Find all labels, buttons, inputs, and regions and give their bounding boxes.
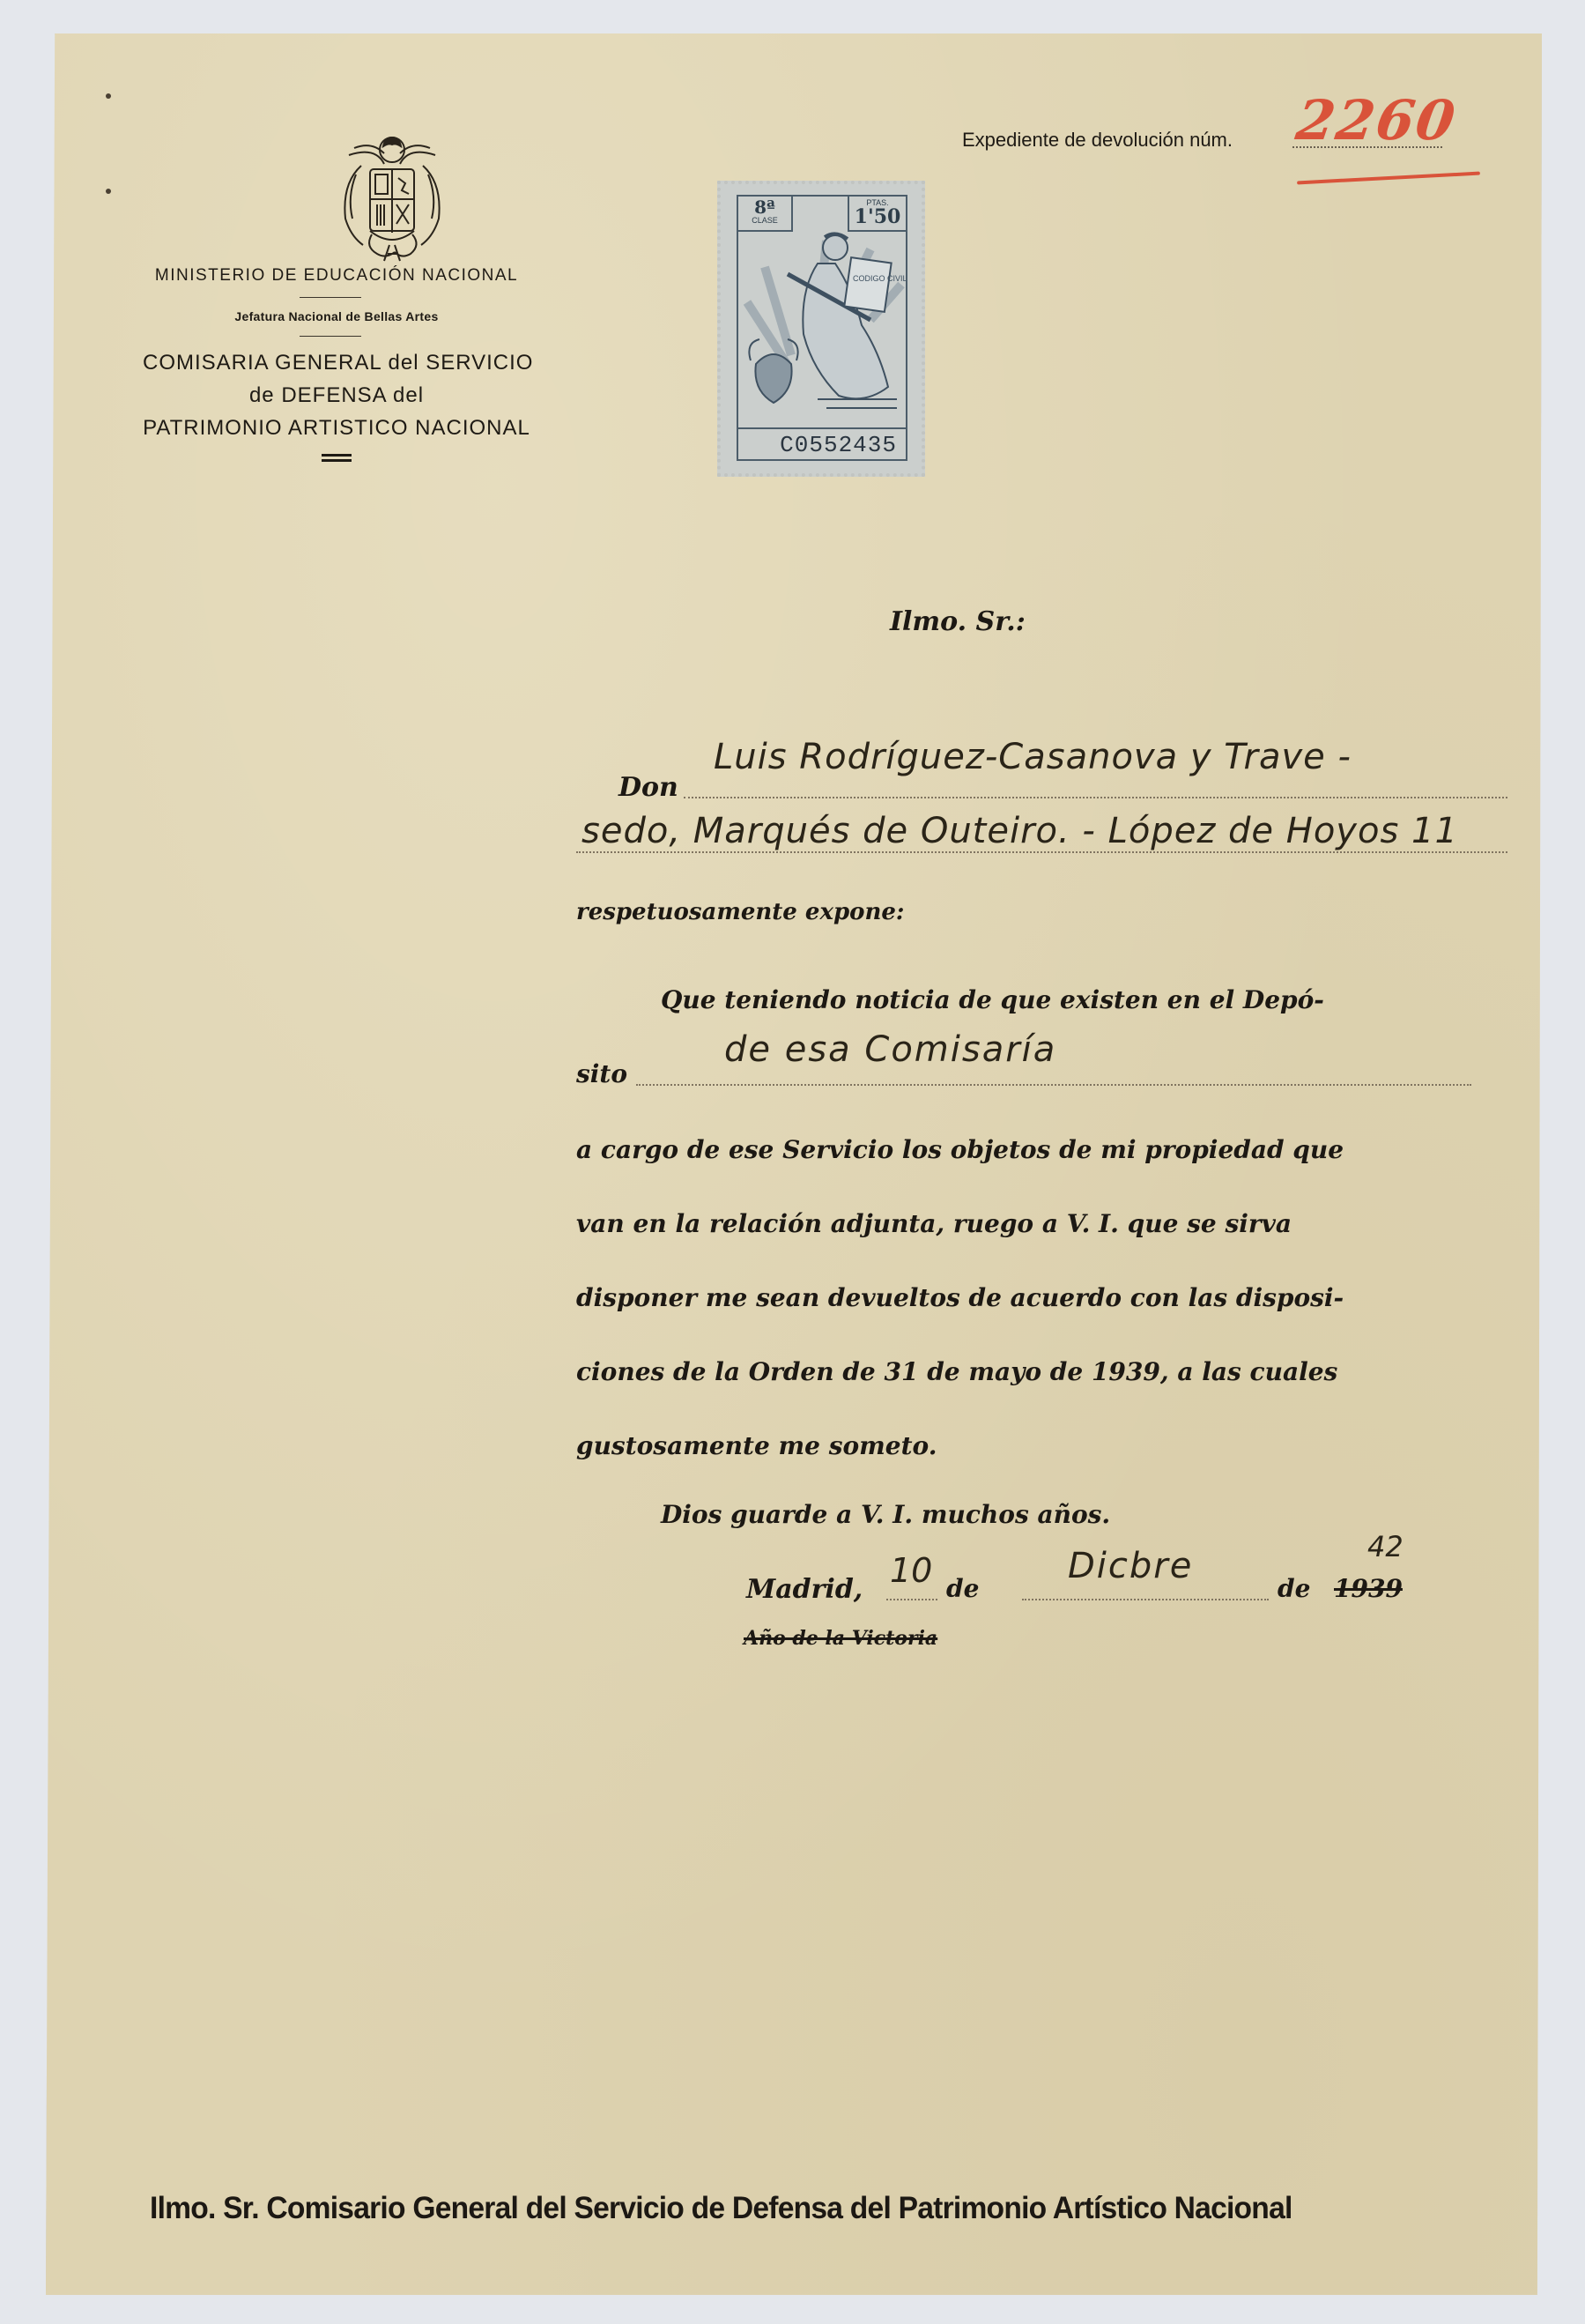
year-printed-struck: 1939: [1334, 1574, 1403, 1603]
punch-mark: [106, 189, 111, 194]
body-line: gustosamente me someto.: [576, 1431, 937, 1460]
comisaria-name-line3: PATRIMONIO ARTISTICO NACIONAL: [143, 416, 530, 441]
stamp-class-number: 8ª: [738, 198, 791, 216]
don-label: Don: [618, 772, 678, 803]
svg-text:CODIGO CIVIL: CODIGO CIVIL: [853, 274, 906, 283]
stamp-value: 1'50: [849, 207, 906, 226]
coat-of-arms-icon: [337, 130, 448, 271]
petitioner-handwritten-line1: Luis Rodríguez-Casanova y Trave -: [714, 737, 1352, 777]
place-label: Madrid,: [746, 1574, 863, 1605]
expediente-red-underline: [1297, 172, 1480, 185]
sito-label: sito: [576, 1059, 627, 1088]
ministry-name: MINISTERIO DE EDUCACIÓN NACIONAL: [143, 266, 530, 286]
jefatura-name: Jefatura Nacional de Bellas Artes: [143, 309, 530, 323]
date-de-1: de: [946, 1574, 979, 1603]
ano-victoria-struck: Año de la Victoria: [744, 1627, 937, 1650]
letterhead-divider: [300, 336, 361, 337]
letterhead-divider: [300, 297, 361, 298]
year-handwritten: 42: [1367, 1530, 1404, 1563]
comisaria-name-line2: de DEFENSA del: [143, 383, 530, 408]
justice-figure-icon: CODIGO CIVIL: [738, 232, 906, 427]
month-handwritten: Dicbre: [1068, 1546, 1193, 1586]
stamp-class-box: 8ª CLASE: [738, 197, 793, 232]
petitioner-handwritten-line2: sedo, Marqués de Outeiro. - López de Hoy…: [581, 811, 1458, 851]
salutation: Ilmo. Sr.:: [890, 606, 1026, 637]
closing-blessing: Dios guarde a V. I. muchos años.: [661, 1500, 1110, 1529]
month-field: [1022, 1599, 1269, 1600]
stamp-serial-number: C0552435: [738, 427, 906, 459]
body-line: van en la relación adjunta, ruego a V. I…: [576, 1209, 1292, 1238]
letterhead-double-rule: [322, 454, 352, 462]
footer-addressee: Ilmo. Sr. Comisario General del Servicio…: [150, 2191, 1292, 2226]
deposito-field: [636, 1084, 1471, 1086]
deposito-handwritten: de esa Comisaría: [724, 1029, 1056, 1070]
document-page: MINISTERIO DE EDUCACIÓN NACIONAL Jefatur…: [46, 33, 1542, 2295]
petitioner-field-line1: [684, 797, 1507, 798]
day-field: [886, 1599, 937, 1600]
expone-text: respetuosamente expone:: [576, 899, 905, 925]
comisaria-name-line1: COMISARIA GENERAL del SERVICIO: [143, 351, 530, 375]
fiscal-stamp: 8ª CLASE PTAS. 1'50: [717, 181, 925, 477]
expediente-number: 2260: [1292, 88, 1461, 152]
petitioner-field-line2: [576, 851, 1507, 853]
expediente-label: Expediente de devolución núm.: [962, 129, 1233, 152]
stamp-value-box: PTAS. 1'50: [848, 197, 906, 232]
body-line: disponer me sean devueltos de acuerdo co…: [576, 1283, 1344, 1312]
stamp-class-label: CLASE: [738, 216, 791, 225]
body-line: ciones de la Orden de 31 de mayo de 1939…: [576, 1357, 1337, 1386]
stamp-frame: 8ª CLASE PTAS. 1'50: [737, 195, 907, 461]
body-line: a cargo de ese Servicio los objetos de m…: [576, 1135, 1344, 1164]
body-line: Que teniendo noticia de que existen en e…: [661, 985, 1324, 1014]
punch-mark: [106, 93, 111, 99]
day-handwritten: 10: [890, 1551, 932, 1590]
date-de-2: de: [1278, 1574, 1310, 1603]
